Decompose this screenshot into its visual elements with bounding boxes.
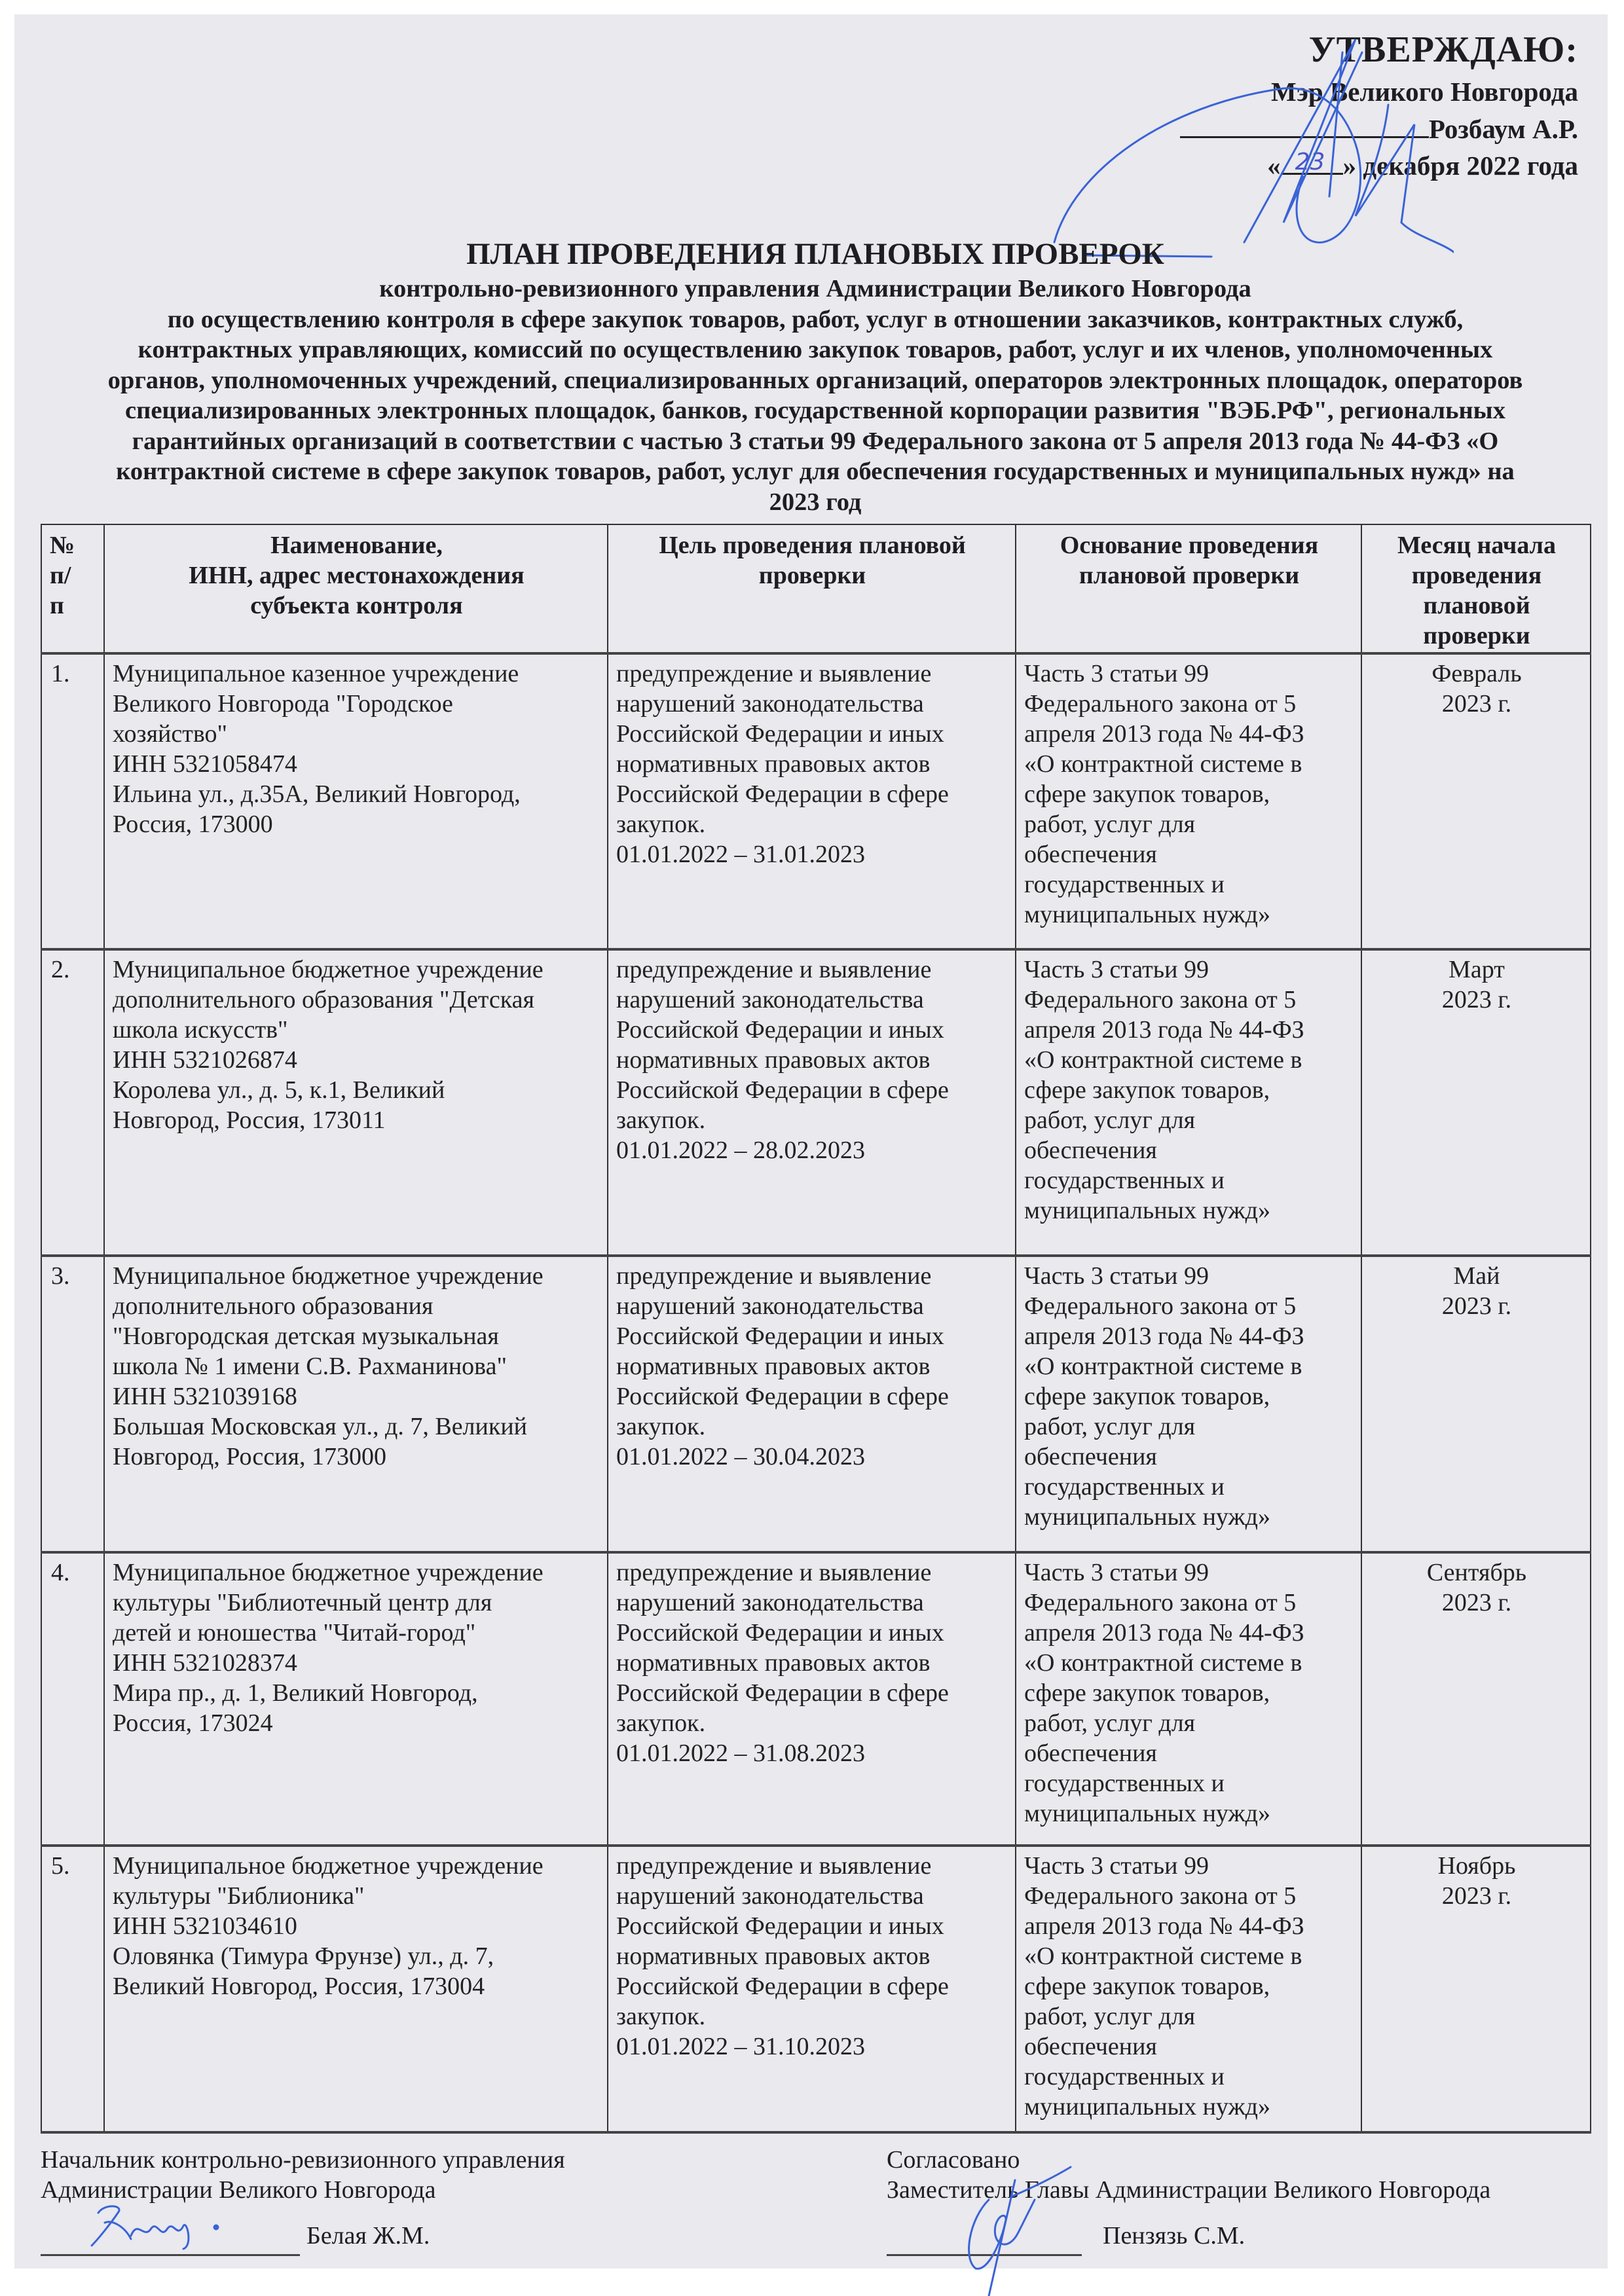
cell-text-line: ИНН 5321028374 [113,1648,600,1678]
cell-text-line: предупреждение и выявление [616,659,1008,689]
cell-text-line: Великий Новгород, Россия, 173004 [113,1971,600,2001]
cell-goal: предупреждение и выявлениенарушений зако… [608,949,1016,1256]
cell-text-line: государственных и [1024,1768,1354,1798]
cell-text-line: апреля 2013 года № 44-ФЗ [1024,1015,1354,1045]
cell-text-line: закупок. [616,809,1008,839]
header-text-line: п [50,591,97,621]
cell-text-line: закупок. [616,2001,1008,2032]
document-title-block: ПЛАН ПРОВЕДЕНИЯ ПЛАНОВЫХ ПРОВЕРОК контро… [41,234,1590,517]
cell-text-line: работ, услуг для [1024,2001,1354,2032]
cell-text-line: Часть 3 статьи 99 [1024,659,1354,689]
cell-text-line: муниципальных нужд» [1024,900,1354,930]
cell-month: Март2023 г. [1361,949,1591,1256]
cell-text-line: Королева ул., д. 5, к.1, Великий [113,1075,600,1105]
subtitle-line: гарантийных организаций в соответствии с… [41,426,1590,457]
table-row: 3.Муниципальное бюджетное учреждениедопо… [41,1256,1591,1552]
signatory-right-name: Пензязь С.М. [1103,2221,1245,2251]
subtitle-line: органов, уполномоченных учреждений, спец… [41,365,1590,396]
cell-number: 2. [41,949,104,1256]
cell-number: 5. [41,1846,104,2132]
approval-name: Розбаум А.Р. [1429,114,1578,144]
footer-signatory-left: Начальник контрольно-ревизионного управл… [41,2145,565,2256]
signatory-right-sign-row: Пензязь С.М. [887,2219,1490,2256]
cell-text-line: работ, услуг для [1024,1105,1354,1135]
cell-text-line: Ноябрь [1370,1851,1583,1881]
signature-underline [887,2254,1082,2256]
header-text-line: проверки [1370,621,1583,651]
cell-text-line: Муниципальное казенное учреждение [113,659,600,689]
cell-text-line: Муниципальное бюджетное учреждение [113,1558,600,1588]
cell-subject: Муниципальное бюджетное учреждениедополн… [104,1256,608,1552]
cell-text-line: Российской Федерации и иных [616,719,1008,749]
cell-text-line: Большая Московская ул., д. 7, Великий [113,1412,600,1442]
signature-underline [1180,110,1429,138]
cell-number: 3. [41,1256,104,1552]
cell-text-line: нормативных правовых актов [616,749,1008,779]
date-month-year: » декабря 2022 года [1343,151,1578,181]
cell-basis: Часть 3 статьи 99Федерального закона от … [1016,1552,1361,1846]
cell-text-line: 2023 г. [1370,1881,1583,1911]
cell-text-line: дополнительного образования [113,1291,600,1321]
cell-number: 4. [41,1552,104,1846]
header-month: Месяц началапроведенияплановойпроверки [1361,524,1591,653]
header-text-line: ИНН, адрес местонахождения [113,560,600,591]
cell-text-line: 01.01.2022 – 31.01.2023 [616,839,1008,869]
approval-date: «23» декабря 2022 года [1180,147,1578,184]
cell-subject: Муниципальное казенное учреждениеВеликог… [104,653,608,949]
cell-text-line: 2023 г. [1370,1291,1583,1321]
inspection-plan-table: №п/пНаименование,ИНН, адрес местонахожде… [41,524,1591,2134]
cell-text-line: 01.01.2022 – 31.08.2023 [616,1738,1008,1768]
subtitle-line: 2023 год [41,487,1590,518]
cell-text-line: обеспечения [1024,1135,1354,1165]
cell-goal: предупреждение и выявлениенарушений зако… [608,1846,1016,2132]
cell-text-line: Россия, 173024 [113,1708,600,1738]
cell-text-line: Март [1370,955,1583,985]
approval-signature-line: Розбаум А.Р. [1180,110,1578,147]
cell-text-line: работ, услуг для [1024,1412,1354,1442]
cell-month: Ноябрь2023 г. [1361,1846,1591,2132]
header-text-line: Основание проведения [1024,530,1354,560]
subtitle-line: по осуществлению контроля в сфере закупо… [41,304,1590,335]
cell-text-line: обеспечения [1024,839,1354,869]
header-text-line: субъекта контроля [113,591,600,621]
cell-text-line: государственных и [1024,1165,1354,1195]
signatory-right-title: Заместитель Главы Администрации Великого… [887,2175,1490,2205]
table-row: 1.Муниципальное казенное учреждениеВелик… [41,653,1591,949]
cell-text-line: муниципальных нужд» [1024,1798,1354,1829]
cell-text-line: Часть 3 статьи 99 [1024,1851,1354,1881]
cell-text-line: детей и юношества "Читай-город" [113,1618,600,1648]
cell-text-line: 01.01.2022 – 30.04.2023 [616,1442,1008,1472]
cell-text-line: 2023 г. [1370,985,1583,1015]
cell-text-line: нормативных правовых актов [616,1648,1008,1678]
cell-text-line: Федерального закона от 5 [1024,985,1354,1015]
cell-text-line: Федерального закона от 5 [1024,1588,1354,1618]
table-row: 4.Муниципальное бюджетное учреждениекуль… [41,1552,1591,1846]
date-day-field: 23 [1281,148,1343,175]
signatory-left-sign-row: Белая Ж.М. [41,2219,565,2256]
cell-text-line: 2023 г. [1370,1588,1583,1618]
cell-text-line: нормативных правовых актов [616,1941,1008,1971]
cell-text-line: нарушений законодательства [616,1588,1008,1618]
header-text-line: Цель проведения плановой [616,530,1008,560]
cell-text-line: школа № 1 имени С.В. Рахманинова" [113,1351,600,1381]
subtitle-line: контрактных управляющих, комиссий по осу… [41,335,1590,365]
cell-text-line: нормативных правовых актов [616,1351,1008,1381]
cell-text-line: ИНН 5321039168 [113,1381,600,1412]
header-text-line: плановой проверки [1024,560,1354,591]
cell-text-line: Российской Федерации в сфере [616,1381,1008,1412]
cell-subject: Муниципальное бюджетное учреждениекульту… [104,1846,608,2132]
cell-text-line: Муниципальное бюджетное учреждение [113,1261,600,1291]
cell-text-line: Новгород, Россия, 173011 [113,1105,600,1135]
cell-text-line: предупреждение и выявление [616,1558,1008,1588]
cell-text-line: Февраль [1370,659,1583,689]
cell-text-line: государственных и [1024,1472,1354,1502]
cell-basis: Часть 3 статьи 99Федерального закона от … [1016,949,1361,1256]
cell-basis: Часть 3 статьи 99Федерального закона от … [1016,1256,1361,1552]
cell-text-line: закупок. [616,1105,1008,1135]
document-subtitle: контрольно-ревизионного управления Админ… [41,274,1590,517]
cell-text-line: Российской Федерации в сфере [616,779,1008,809]
cell-text-line: Муниципальное бюджетное учреждение [113,1851,600,1881]
header-basis: Основание проведенияплановой проверки [1016,524,1361,653]
cell-text-line: Российской Федерации в сфере [616,1075,1008,1105]
cell-text-line: Ильина ул., д.35А, Великий Новгород, [113,779,600,809]
cell-text-line: работ, услуг для [1024,809,1354,839]
cell-text-line: «О контрактной системе в [1024,749,1354,779]
header-subject: Наименование,ИНН, адрес местонахожденияс… [104,524,608,653]
cell-text-line: «О контрактной системе в [1024,1351,1354,1381]
subtitle-line: контрактной системе в сфере закупок това… [41,456,1590,487]
agreed-label: Согласовано [887,2145,1490,2175]
cell-text-line: обеспечения [1024,1442,1354,1472]
cell-text-line: «О контрактной системе в [1024,1648,1354,1678]
signature-underline [41,2254,300,2256]
cell-text-line: Новгород, Россия, 173000 [113,1442,600,1472]
cell-text-line: культуры "Библионика" [113,1881,600,1911]
cell-basis: Часть 3 статьи 99Федерального закона от … [1016,1846,1361,2132]
cell-text-line: культуры "Библиотечный центр для [113,1588,600,1618]
cell-text-line: дополнительного образования "Детская [113,985,600,1015]
footer-signatory-right: Согласовано Заместитель Главы Администра… [887,2145,1490,2256]
cell-text-line: закупок. [616,1708,1008,1738]
signatory-left-name: Белая Ж.М. [306,2221,430,2251]
cell-text-line: Российской Федерации и иных [616,1618,1008,1648]
header-text-line: п/ [50,560,97,591]
cell-text-line: 01.01.2022 – 28.02.2023 [616,1135,1008,1165]
cell-basis: Часть 3 статьи 99Федерального закона от … [1016,653,1361,949]
cell-text-line: государственных и [1024,869,1354,900]
cell-text-line: Российской Федерации и иных [616,1321,1008,1351]
cell-text-line: предупреждение и выявление [616,955,1008,985]
handwritten-day: 23 [1295,144,1325,181]
cell-text-line: школа искусств" [113,1015,600,1045]
cell-text-line: хозяйство" [113,719,600,749]
cell-text-line: работ, услуг для [1024,1708,1354,1738]
signatory-left-title-1: Начальник контрольно-ревизионного управл… [41,2145,565,2175]
cell-text-line: Часть 3 статьи 99 [1024,955,1354,985]
cell-number: 1. [41,653,104,949]
cell-text-line: обеспечения [1024,2032,1354,2062]
cell-text-line: закупок. [616,1412,1008,1442]
signatory-left-title-2: Администрации Великого Новгорода [41,2175,565,2205]
cell-text-line: Россия, 173000 [113,809,600,839]
cell-text-line: нормативных правовых актов [616,1045,1008,1075]
cell-text-line: Великого Новгорода "Городское [113,689,600,719]
cell-text-line: «О контрактной системе в [1024,1045,1354,1075]
approval-block: УТВЕРЖДАЮ: Мэр Великого Новгорода Розбау… [1180,26,1578,184]
cell-text-line: ИНН 5321026874 [113,1045,600,1075]
header-text-line: Месяц начала [1370,530,1583,560]
cell-text-line: Российской Федерации в сфере [616,1971,1008,2001]
header-text-line: Наименование, [113,530,600,560]
cell-text-line: Мира пр., д. 1, Великий Новгород, [113,1678,600,1708]
table-row: 2.Муниципальное бюджетное учреждениедопо… [41,949,1591,1256]
cell-text-line: сфере закупок товаров, [1024,1971,1354,2001]
cell-text-line: апреля 2013 года № 44-ФЗ [1024,1911,1354,1941]
cell-text-line: 2023 г. [1370,689,1583,719]
table-body: 1.Муниципальное казенное учреждениеВелик… [41,653,1591,2132]
cell-text-line: нарушений законодательства [616,1881,1008,1911]
cell-month: Май2023 г. [1361,1256,1591,1552]
cell-text-line: муниципальных нужд» [1024,2092,1354,2122]
cell-text-line: сфере закупок товаров, [1024,1678,1354,1708]
cell-text-line: Федерального закона от 5 [1024,1291,1354,1321]
cell-text-line: сфере закупок товаров, [1024,1075,1354,1105]
cell-text-line: Российской Федерации и иных [616,1015,1008,1045]
cell-month: Февраль2023 г. [1361,653,1591,949]
cell-text-line: муниципальных нужд» [1024,1502,1354,1532]
cell-text-line: ИНН 5321058474 [113,749,600,779]
cell-subject: Муниципальное бюджетное учреждениекульту… [104,1552,608,1846]
cell-text-line: апреля 2013 года № 44-ФЗ [1024,1321,1354,1351]
cell-text-line: Часть 3 статьи 99 [1024,1558,1354,1588]
cell-text-line: Федерального закона от 5 [1024,1881,1354,1911]
table-header-row: №п/пНаименование,ИНН, адрес местонахожде… [41,524,1591,653]
cell-text-line: Муниципальное бюджетное учреждение [113,955,600,985]
table-row: 5.Муниципальное бюджетное учреждениекуль… [41,1846,1591,2132]
cell-text-line: апреля 2013 года № 44-ФЗ [1024,1618,1354,1648]
header-goal: Цель проведения плановойпроверки [608,524,1016,653]
cell-text-line: Российской Федерации в сфере [616,1678,1008,1708]
date-quote-open: « [1267,151,1281,181]
subtitle-line: контрольно-ревизионного управления Админ… [41,274,1590,304]
cell-text-line: нарушений законодательства [616,689,1008,719]
cell-text-line: сфере закупок товаров, [1024,779,1354,809]
document-title: ПЛАН ПРОВЕДЕНИЯ ПЛАНОВЫХ ПРОВЕРОК [41,234,1590,274]
cell-text-line: Российской Федерации и иных [616,1911,1008,1941]
cell-text-line: 01.01.2022 – 31.10.2023 [616,2032,1008,2062]
cell-text-line: Часть 3 статьи 99 [1024,1261,1354,1291]
cell-subject: Муниципальное бюджетное учреждениедополн… [104,949,608,1256]
header-text-line: № [50,530,97,560]
cell-goal: предупреждение и выявлениенарушений зако… [608,1552,1016,1846]
cell-text-line: ИНН 5321034610 [113,1911,600,1941]
cell-text-line: сфере закупок товаров, [1024,1381,1354,1412]
cell-text-line: Федерального закона от 5 [1024,689,1354,719]
cell-goal: предупреждение и выявлениенарушений зако… [608,653,1016,949]
cell-text-line: апреля 2013 года № 44-ФЗ [1024,719,1354,749]
cell-text-line: Оловянка (Тимура Фрунзе) ул., д. 7, [113,1941,600,1971]
header-text-line: проверки [616,560,1008,591]
cell-month: Сентябрь2023 г. [1361,1552,1591,1846]
cell-text-line: "Новгородская детская музыкальная [113,1321,600,1351]
cell-text-line: Май [1370,1261,1583,1291]
cell-text-line: предупреждение и выявление [616,1261,1008,1291]
cell-text-line: нарушений законодательства [616,1291,1008,1321]
approval-position: Мэр Великого Новгорода [1180,73,1578,110]
cell-text-line: муниципальных нужд» [1024,1195,1354,1226]
header-number: №п/п [41,524,104,653]
subtitle-line: специализированных электронных площадок,… [41,395,1590,426]
cell-text-line: Сентябрь [1370,1558,1583,1588]
approval-heading: УТВЕРЖДАЮ: [1180,26,1578,73]
header-text-line: плановой [1370,591,1583,621]
cell-text-line: нарушений законодательства [616,985,1008,1015]
cell-text-line: «О контрактной системе в [1024,1941,1354,1971]
cell-text-line: предупреждение и выявление [616,1851,1008,1881]
cell-text-line: государственных и [1024,2062,1354,2092]
cell-goal: предупреждение и выявлениенарушений зако… [608,1256,1016,1552]
header-text-line: проведения [1370,560,1583,591]
cell-text-line: обеспечения [1024,1738,1354,1768]
